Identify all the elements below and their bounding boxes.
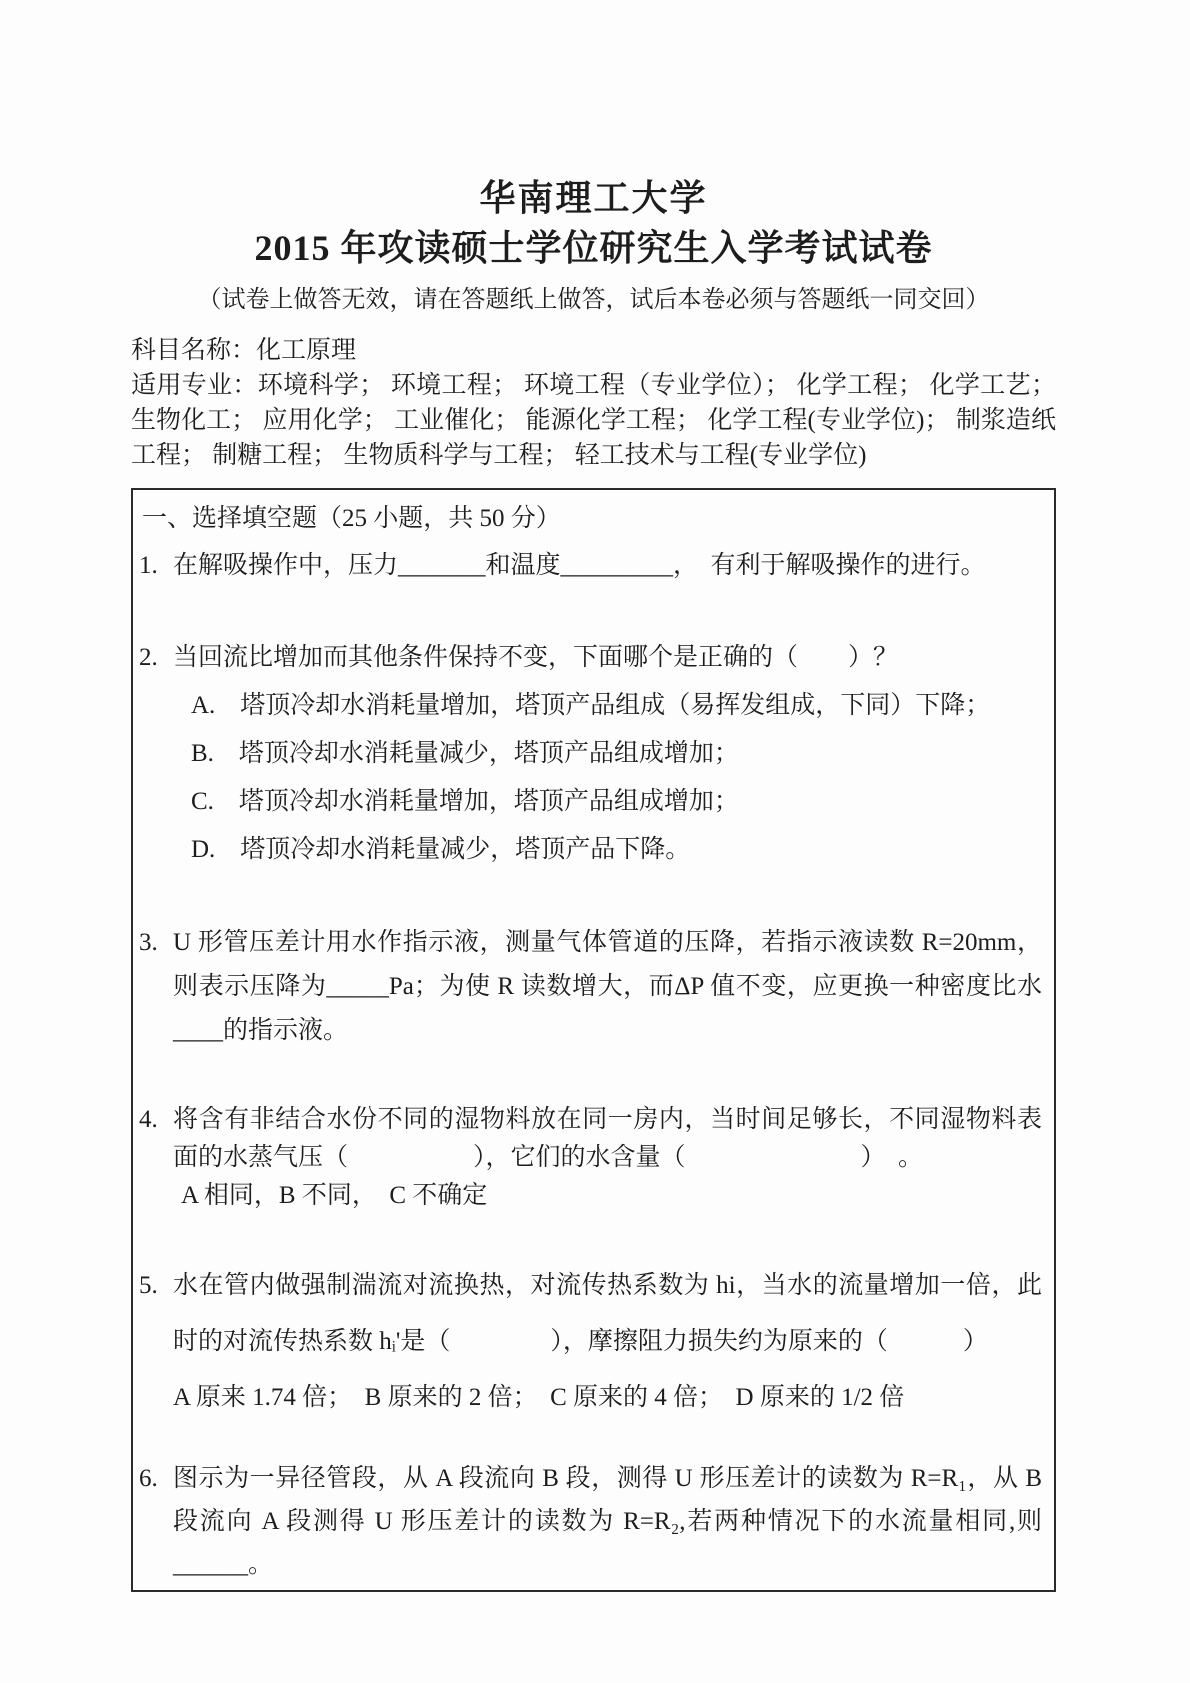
question-2-body: 当回流比增加而其他条件保持不变，下面哪个是正确的（ ）？ A. 塔顶冷却水消耗量… (173, 641, 1042, 867)
exam-title: 2015 年攻读硕士学位研究生入学考试试卷 (131, 226, 1056, 270)
question-6-body: 图示为一异径管段，从 A 段流向 B 段，测得 U 形压差计的读数为 R=R₁，… (173, 1457, 1042, 1586)
exam-notice: （试卷上做答无效，请在答题纸上做答，试后本卷必须与答题纸一同交回） (131, 284, 1056, 316)
question-3: 3. U 形管压差计用水作指示液，测量气体管道的压降，若指示液读数 R=20mm… (139, 921, 1042, 1053)
question-3-text: U 形管压差计用水作指示液，测量气体管道的压降，若指示液读数 R=20mm，则表… (173, 921, 1042, 1053)
question-6-text: 图示为一异径管段，从 A 段流向 B 段，测得 U 形压差计的读数为 R=R₁，… (173, 1457, 1042, 1586)
question-2-option-d: D. 塔顶冷却水消耗量减少，塔顶产品下降。 (191, 833, 1042, 867)
exam-paper-page: 华南理工大学 2015 年攻读硕士学位研究生入学考试试卷 （试卷上做答无效，请在… (0, 0, 1190, 1683)
question-1-body: 在解吸操作中，压力_______和温度_________， 有利于解吸操作的进行… (173, 549, 1042, 583)
question-2-number: 2. (139, 641, 173, 675)
question-1: 1. 在解吸操作中，压力_______和温度_________， 有利于解吸操作… (139, 549, 1042, 583)
question-6: 6. 图示为一异径管段，从 A 段流向 B 段，测得 U 形压差计的读数为 R=… (139, 1457, 1042, 1586)
question-4-options: A 相同，B 不同， C 不确定 (181, 1177, 1042, 1215)
question-2-text: 当回流比增加而其他条件保持不变，下面哪个是正确的（ ）？ (173, 641, 1042, 675)
question-box: 一、选择填空题（25 小题，共 50 分） 1. 在解吸操作中，压力______… (131, 488, 1056, 1592)
question-5-number: 5. (139, 1258, 173, 1314)
question-3-body: U 形管压差计用水作指示液，测量气体管道的压降，若指示液读数 R=20mm，则表… (173, 921, 1042, 1053)
question-5-options: A 原来 1.74 倍； B 原来的 2 倍； C 原来的 4 倍； D 原来的… (173, 1370, 1042, 1426)
subject-line: 科目名称：化工原理 (131, 334, 1056, 368)
question-2-option-a: A. 塔顶冷却水消耗量增加，塔顶产品组成（易挥发组成，下同）下降； (191, 689, 1042, 723)
section-title: 一、选择填空题（25 小题，共 50 分） (142, 503, 1042, 535)
question-4-text: 将含有非结合水份不同的湿物料放在同一房内，当时间足够长，不同湿物料表面的水蒸气压… (173, 1101, 1042, 1177)
question-5-body: 水在管内做强制湍流对流换热，对流传热系数为 hi，当水的流量增加一倍，此时的对流… (173, 1258, 1042, 1426)
question-1-number: 1. (139, 549, 173, 583)
question-2-option-c: C. 塔顶冷却水消耗量增加，塔顶产品组成增加； (191, 785, 1042, 819)
question-3-number: 3. (139, 921, 173, 965)
question-5-text: 水在管内做强制湍流对流换热，对流传热系数为 hi，当水的流量增加一倍，此时的对流… (173, 1258, 1042, 1370)
question-6-number: 6. (139, 1457, 173, 1500)
majors-line: 适用专业：环境科学； 环境工程； 环境工程（专业学位）； 化学工程； 化学工艺；… (131, 368, 1056, 473)
question-2-option-b: B. 塔顶冷却水消耗量减少，塔顶产品组成增加； (191, 737, 1042, 771)
question-4-body: 将含有非结合水份不同的湿物料放在同一房内，当时间足够长，不同湿物料表面的水蒸气压… (173, 1101, 1042, 1215)
question-5: 5. 水在管内做强制湍流对流换热，对流传热系数为 hi，当水的流量增加一倍，此时… (139, 1258, 1042, 1426)
university-title: 华南理工大学 (131, 176, 1056, 220)
question-4: 4. 将含有非结合水份不同的湿物料放在同一房内，当时间足够长，不同湿物料表面的水… (139, 1101, 1042, 1215)
question-2: 2. 当回流比增加而其他条件保持不变，下面哪个是正确的（ ）？ A. 塔顶冷却水… (139, 641, 1042, 867)
question-1-text: 在解吸操作中，压力_______和温度_________， 有利于解吸操作的进行… (173, 549, 1042, 583)
page-content: 华南理工大学 2015 年攻读硕士学位研究生入学考试试卷 （试卷上做答无效，请在… (131, 0, 1056, 1592)
question-4-number: 4. (139, 1101, 173, 1139)
